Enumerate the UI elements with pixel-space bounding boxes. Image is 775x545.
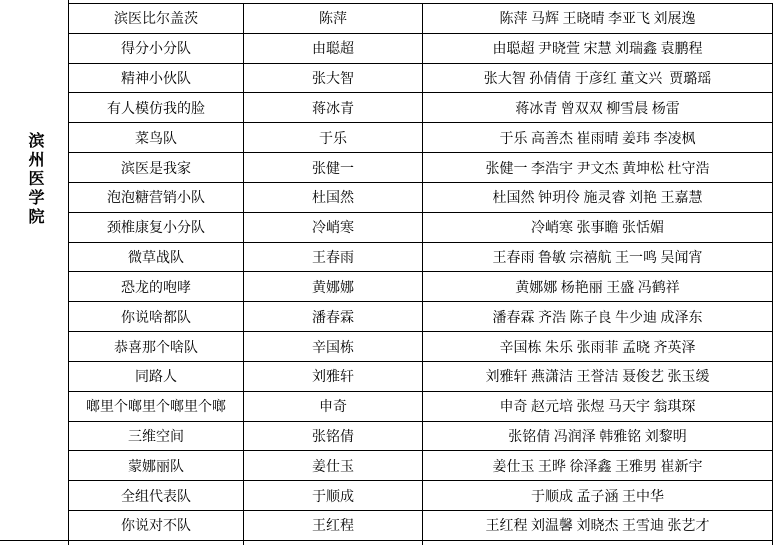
partial-college-cell bbox=[0, 541, 69, 545]
captain-name-cell: 张健一 bbox=[244, 153, 423, 182]
members-list-cell: 陈萍 马辉 王晓晴 李亚飞 刘展逸 bbox=[423, 4, 773, 33]
captain-name-cell: 潘春霖 bbox=[244, 302, 423, 331]
team-name-cell: 菜鸟队 bbox=[69, 123, 244, 152]
captain-name-cell: 张大智 bbox=[244, 64, 423, 93]
members-list-cell: 蒋冰青 曾双双 柳雪晨 杨雷 bbox=[423, 93, 773, 122]
captain-name-cell: 申奇 bbox=[244, 392, 423, 421]
captain-name-cell: 陈萍 bbox=[244, 4, 423, 33]
members-list-cell: 于乐 高善杰 崔雨晴 姜玮 李凌枫 bbox=[423, 123, 773, 152]
team-name-cell: 恐龙的咆哮 bbox=[69, 272, 244, 301]
table-row: 全组代表队 于顺成 于顺成 孟子涵 王中华 bbox=[69, 481, 773, 511]
team-table: 滨医比尔盖茨 陈萍 陈萍 马辉 王晓晴 李亚飞 刘展逸 得分小分队 由聪超 由聪… bbox=[69, 3, 773, 541]
members-list-cell: 姜仕玉 王晔 徐泽鑫 王雅男 崔新宇 bbox=[423, 451, 773, 480]
captain-name-cell: 张铭倩 bbox=[244, 422, 423, 451]
captain-name-cell: 辛国栋 bbox=[244, 332, 423, 361]
team-name-cell: 滨医是我家 bbox=[69, 153, 244, 182]
members-list-cell: 张健一 李浩宇 尹文杰 黄坤松 杜守浩 bbox=[423, 153, 773, 182]
captain-name-cell: 姜仕玉 bbox=[244, 451, 423, 480]
captain-name-cell: 由聪超 bbox=[244, 34, 423, 63]
captain-name-cell: 冷峭寒 bbox=[244, 213, 423, 242]
table-row: 微草战队 王春雨 王春雨 鲁敏 宗禧航 王一鸣 吴闻宵 bbox=[69, 243, 773, 273]
table-row: 恭喜那个啥队 辛国栋 辛国栋 朱乐 张雨菲 孟晓 齐英泽 bbox=[69, 332, 773, 362]
team-name-cell: 滨医比尔盖茨 bbox=[69, 4, 244, 33]
members-list-cell: 张铭倩 冯润泽 韩雅铭 刘黎明 bbox=[423, 422, 773, 451]
team-name-cell: 你说对不队 bbox=[69, 511, 244, 540]
members-list-cell: 申奇 赵元培 张煜 马天宇 翁琪琛 bbox=[423, 392, 773, 421]
table-row: 菜鸟队 于乐 于乐 高善杰 崔雨晴 姜玮 李凌枫 bbox=[69, 123, 773, 153]
members-list-cell: 于顺成 孟子涵 王中华 bbox=[423, 481, 773, 510]
team-name-cell: 蒙娜丽队 bbox=[69, 451, 244, 480]
members-list-cell: 张大智 孙倩倩 于彦红 董文兴 贾璐瑶 bbox=[423, 64, 773, 93]
table-row: 恐龙的咆哮 黄娜娜 黄娜娜 杨艳丽 王盛 冯鹤祥 bbox=[69, 272, 773, 302]
document-table-view: 滨州医学院 滨医比尔盖茨 陈萍 陈萍 马辉 王晓晴 李亚飞 刘展逸 得分小分队 … bbox=[0, 0, 775, 545]
members-list-cell: 黄娜娜 杨艳丽 王盛 冯鹤祥 bbox=[423, 272, 773, 301]
members-list-cell: 冷峭寒 张事瞻 张恬媚 bbox=[423, 213, 773, 242]
team-name-cell: 你说啥都队 bbox=[69, 302, 244, 331]
members-list-cell: 潘春霖 齐浩 陈子良 牛少迪 成泽东 bbox=[423, 302, 773, 331]
members-list-cell: 杜国然 钟玥伶 施灵睿 刘艳 王嘉慧 bbox=[423, 183, 773, 212]
table-row: 你说啥都队 潘春霖 潘春霖 齐浩 陈子良 牛少迪 成泽东 bbox=[69, 302, 773, 332]
team-name-cell: 全组代表队 bbox=[69, 481, 244, 510]
team-name-cell: 颈椎康复小分队 bbox=[69, 213, 244, 242]
table-row: 啷里个啷里个啷里个啷 申奇 申奇 赵元培 张煜 马天宇 翁琪琛 bbox=[69, 392, 773, 422]
members-list-cell: 辛国栋 朱乐 张雨菲 孟晓 齐英泽 bbox=[423, 332, 773, 361]
table-row: 有人模仿我的脸 蒋冰青 蒋冰青 曾双双 柳雪晨 杨雷 bbox=[69, 93, 773, 123]
members-list-cell: 王春雨 鲁敏 宗禧航 王一鸣 吴闻宵 bbox=[423, 243, 773, 272]
members-list-cell: 由聪超 尹晓萱 宋慧 刘瑞鑫 袁鹏程 bbox=[423, 34, 773, 63]
captain-name-cell: 王红程 bbox=[244, 511, 423, 540]
table-row: 滨医是我家 张健一 张健一 李浩宇 尹文杰 黄坤松 杜守浩 bbox=[69, 153, 773, 183]
table-row: 得分小分队 由聪超 由聪超 尹晓萱 宋慧 刘瑞鑫 袁鹏程 bbox=[69, 34, 773, 64]
team-name-cell: 有人模仿我的脸 bbox=[69, 93, 244, 122]
captain-name-cell: 刘雅轩 bbox=[244, 362, 423, 391]
team-name-cell: 同路人 bbox=[69, 362, 244, 391]
team-name-cell: 泡泡糖营销小队 bbox=[69, 183, 244, 212]
captain-name-cell: 黄娜娜 bbox=[244, 272, 423, 301]
table-row: 精神小伙队 张大智 张大智 孙倩倩 于彦红 董文兴 贾璐瑶 bbox=[69, 64, 773, 94]
captain-name-cell: 蒋冰青 bbox=[244, 93, 423, 122]
table-row: 泡泡糖营销小队 杜国然 杜国然 钟玥伶 施灵睿 刘艳 王嘉慧 bbox=[69, 183, 773, 213]
table-row: 颈椎康复小分队 冷峭寒 冷峭寒 张事瞻 张恬媚 bbox=[69, 213, 773, 243]
partial-members-cell bbox=[423, 541, 773, 545]
table-row: 滨医比尔盖茨 陈萍 陈萍 马辉 王晓晴 李亚飞 刘展逸 bbox=[69, 4, 773, 34]
team-name-cell: 得分小分队 bbox=[69, 34, 244, 63]
captain-name-cell: 于乐 bbox=[244, 123, 423, 152]
team-name-cell: 三维空间 bbox=[69, 422, 244, 451]
captain-name-cell: 于顺成 bbox=[244, 481, 423, 510]
members-list-cell: 王红程 刘温馨 刘晓杰 王雪迪 张艺才 bbox=[423, 511, 773, 540]
team-name-cell: 啷里个啷里个啷里个啷 bbox=[69, 392, 244, 421]
captain-name-cell: 杜国然 bbox=[244, 183, 423, 212]
partial-captain-cell bbox=[244, 541, 423, 545]
team-name-cell: 微草战队 bbox=[69, 243, 244, 272]
team-name-cell: 恭喜那个啥队 bbox=[69, 332, 244, 361]
table-row: 三维空间 张铭倩 张铭倩 冯润泽 韩雅铭 刘黎明 bbox=[69, 422, 773, 452]
college-name-label: 滨州医学院 bbox=[26, 132, 42, 227]
partial-team-cell bbox=[69, 541, 244, 545]
team-name-cell: 精神小伙队 bbox=[69, 64, 244, 93]
next-section-partial-row bbox=[0, 541, 773, 545]
members-list-cell: 刘雅轩 燕潇洁 王誉洁 聂俊艺 张玉缓 bbox=[423, 362, 773, 391]
table-row: 蒙娜丽队 姜仕玉 姜仕玉 王晔 徐泽鑫 王雅男 崔新宇 bbox=[69, 451, 773, 481]
table-row: 你说对不队 王红程 王红程 刘温馨 刘晓杰 王雪迪 张艺才 bbox=[69, 511, 773, 541]
college-cell: 滨州医学院 bbox=[0, 0, 69, 541]
table-row: 同路人 刘雅轩 刘雅轩 燕潇洁 王誉洁 聂俊艺 张玉缓 bbox=[69, 362, 773, 392]
captain-name-cell: 王春雨 bbox=[244, 243, 423, 272]
